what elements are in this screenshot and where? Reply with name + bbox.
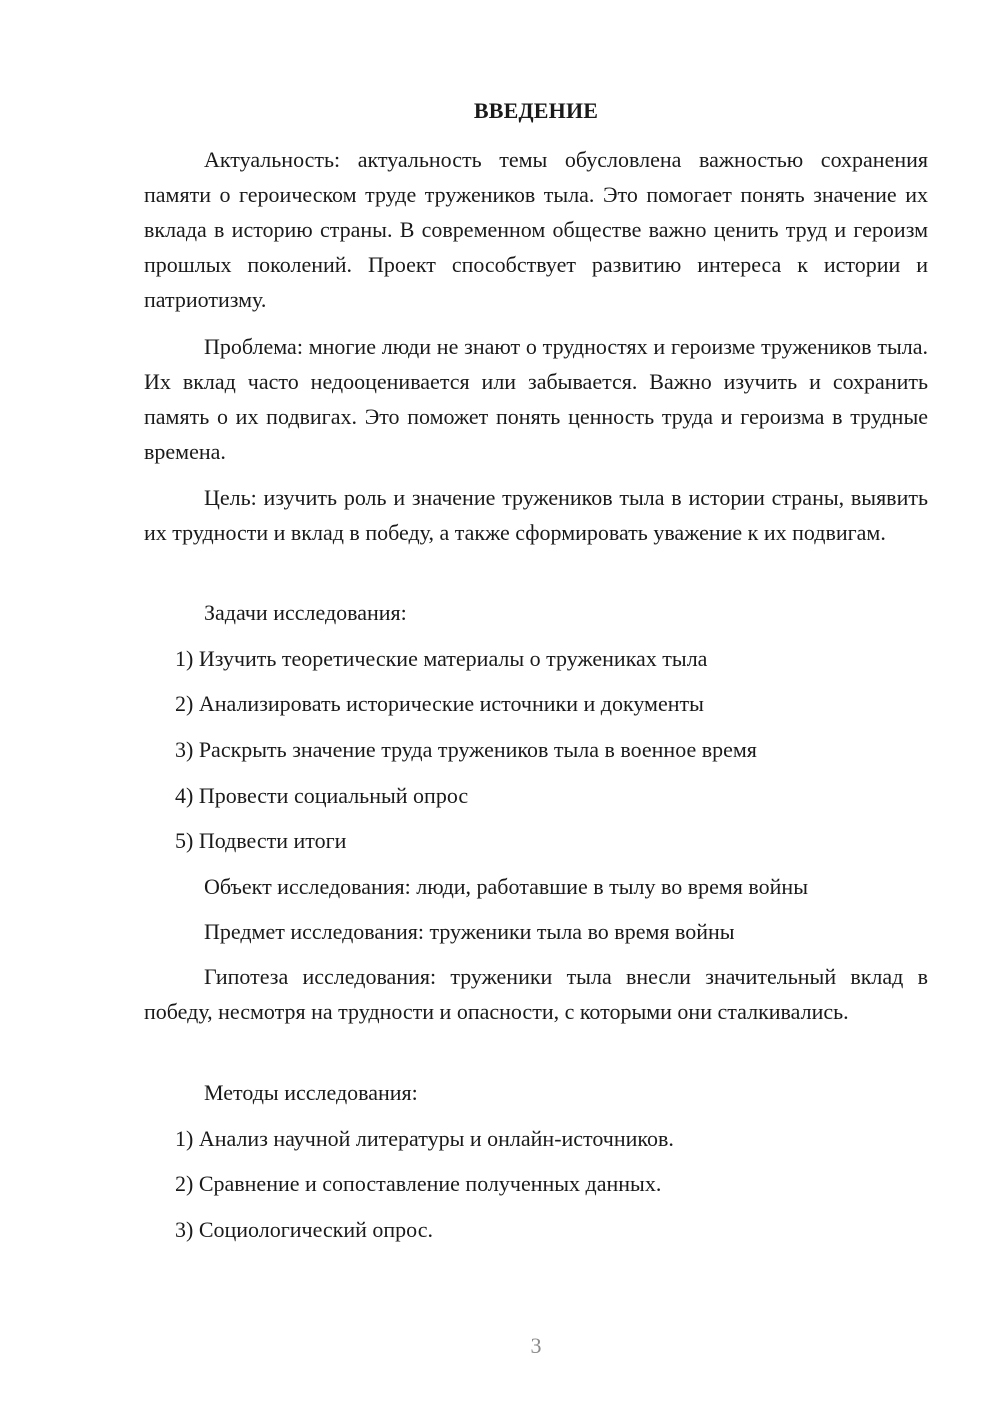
page-number: 3 <box>0 1333 1000 1359</box>
section-title: ВВЕДЕНИЕ <box>0 98 1000 124</box>
research-subject: Предмет исследования: труженики тыла во … <box>204 917 735 947</box>
document-page: ВВЕДЕНИЕ Актуальность: актуальность темы… <box>0 0 1000 1414</box>
task-item: 4) Провести социальный опрос <box>175 781 468 811</box>
method-item: 1) Анализ научной литературы и онлайн-ис… <box>175 1124 674 1154</box>
task-item: 5) Подвести итоги <box>175 826 346 856</box>
paragraph-goal: Цель: изучить роль и значение тружеников… <box>144 480 928 550</box>
task-item: 2) Анализировать исторические источники … <box>175 689 704 719</box>
paragraph-hypothesis: Гипотеза исследования: труженики тыла вн… <box>144 959 928 1029</box>
methods-heading: Методы исследования: <box>204 1078 418 1108</box>
task-item: 3) Раскрыть значение труда тружеников ты… <box>175 735 757 765</box>
method-item: 3) Социологический опрос. <box>175 1215 433 1245</box>
research-object: Объект исследования: люди, работавшие в … <box>204 872 808 902</box>
tasks-heading: Задачи исследования: <box>204 598 407 628</box>
paragraph-relevance: Актуальность: актуальность темы обусловл… <box>144 142 928 317</box>
paragraph-problem: Проблема: многие люди не знают о труднос… <box>144 329 928 469</box>
method-item: 2) Сравнение и сопоставление полученных … <box>175 1169 661 1199</box>
task-item: 1) Изучить теоретические материалы о тру… <box>175 644 707 674</box>
